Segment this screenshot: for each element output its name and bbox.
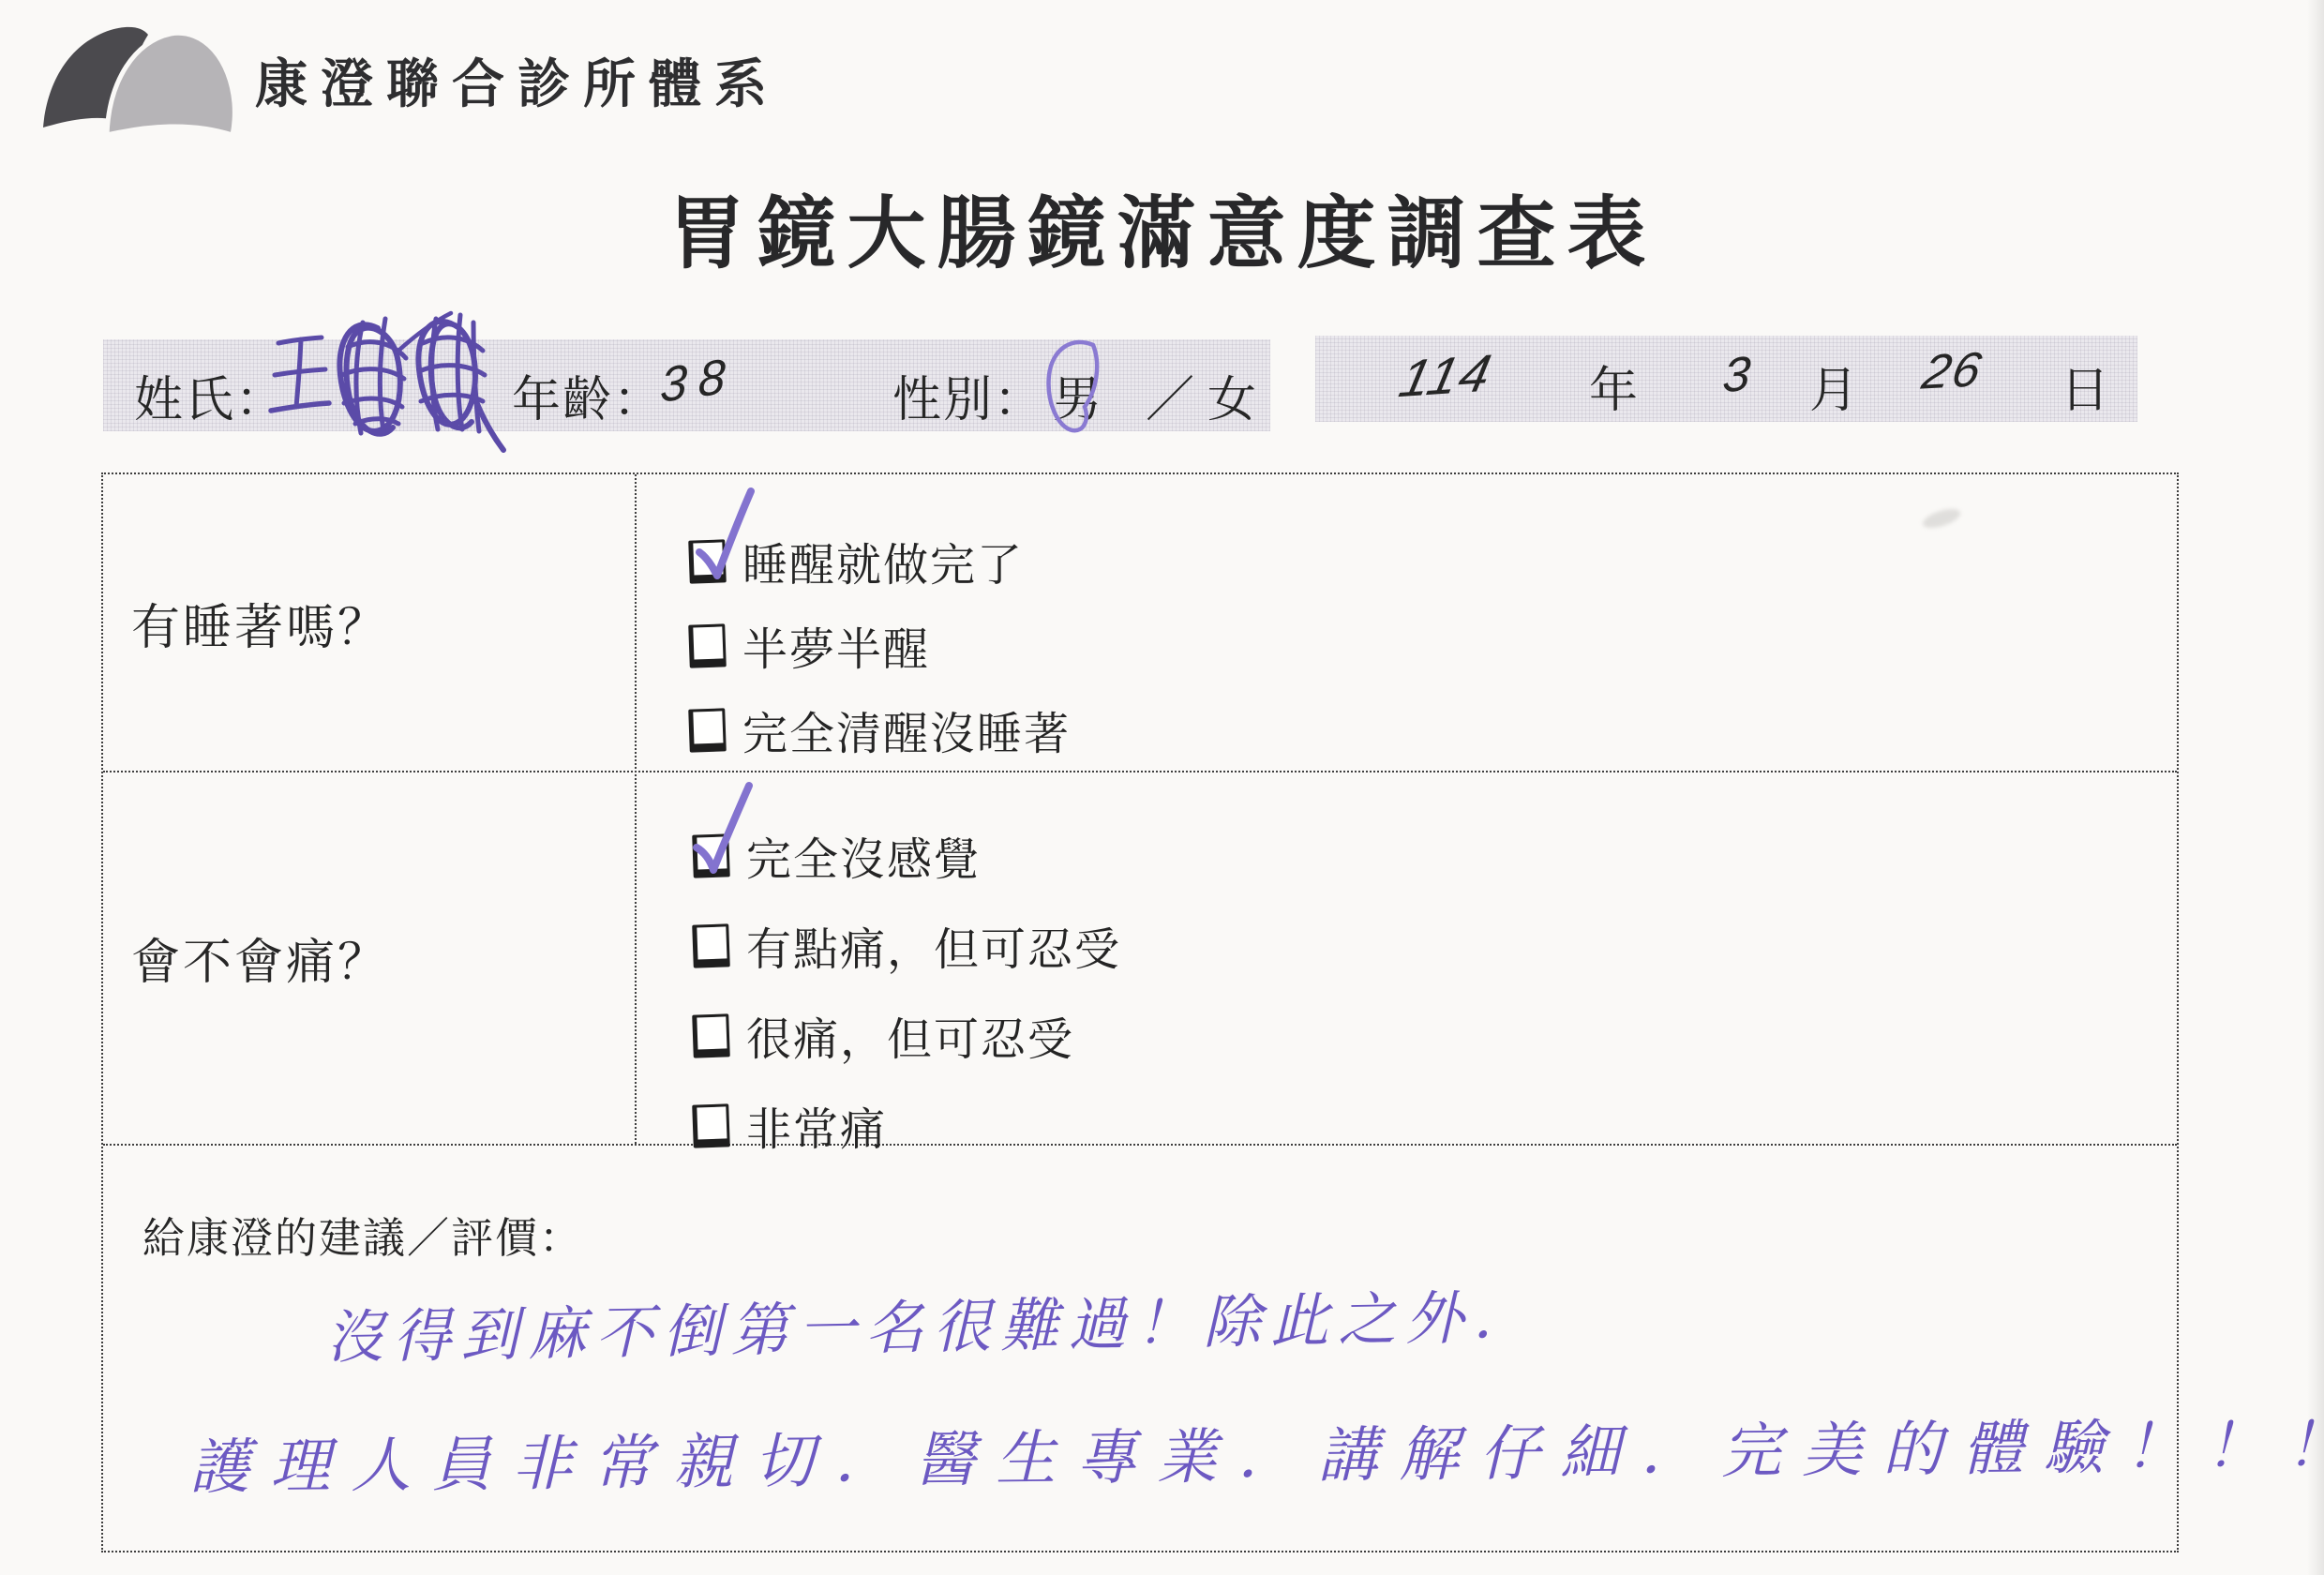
question-1-label: 有睡著嗎？ xyxy=(131,474,628,771)
option-row: 完全清醒沒睡著 xyxy=(689,697,1071,762)
date-day-value: 26 xyxy=(1918,341,1987,400)
question-1-options: 睡醒就做完了 半夢半醒 完全清醒沒睡著 xyxy=(689,529,1071,762)
option-label: 非常痛 xyxy=(746,1093,887,1158)
date-year-unit: 年 xyxy=(1589,351,1640,421)
date-year-value: 114 xyxy=(1394,342,1498,409)
patient-info-band: 姓氏： 年齡： 38 性別： 男 ／ 女 xyxy=(103,339,1270,431)
option-row: 有點痛，但可忍受 xyxy=(693,913,1121,978)
option-row: 非常痛 xyxy=(693,1093,1121,1158)
age-label: 年齡： xyxy=(512,360,664,430)
row-divider-2 xyxy=(103,1144,2177,1146)
date-day-unit: 日 xyxy=(2061,351,2111,421)
gender-label: 性別： xyxy=(892,360,1044,430)
clinic-logo-icon xyxy=(37,17,242,156)
option-label: 完全清醒沒睡著 xyxy=(742,697,1071,762)
option-row: 完全沒感覺 xyxy=(693,823,1121,888)
option-label: 半夢半醒 xyxy=(742,613,930,678)
checkbox-unchecked[interactable] xyxy=(692,1103,730,1147)
option-row: 很痛，但可忍受 xyxy=(693,1003,1121,1068)
clinic-name: 康澄聯合診所體系 xyxy=(255,43,780,118)
scanned-survey-form: 康澄聯合診所體系 胃鏡大腸鏡滿意度調查表 姓氏： 年齡： 38 性別： 男 ／ … xyxy=(0,0,2324,1575)
checkbox-unchecked[interactable] xyxy=(688,623,727,667)
question-2-options: 完全沒感覺 有點痛，但可忍受 很痛，但可忍受 非常痛 xyxy=(693,823,1121,1158)
checkbox-unchecked[interactable] xyxy=(692,1013,730,1057)
name-scribble xyxy=(258,309,511,464)
feedback-handwriting-line-2: 護理人員非常親切．醫生專業．講解仔細．完美的體驗！！！ xyxy=(189,1397,2324,1506)
scan-edge-shadow xyxy=(2307,0,2324,1575)
feedback-handwriting-line-1: 沒得到麻不倒第一名很難過！除此之外． xyxy=(324,1270,1540,1375)
date-month-unit: 月 xyxy=(1809,351,1860,421)
date-month-value: 3 xyxy=(1721,346,1755,405)
date-band: 114 年 3 月 26 日 xyxy=(1315,336,2137,422)
question-2-label: 會不會痛？ xyxy=(131,771,628,1144)
checkbox-checked[interactable] xyxy=(692,833,730,877)
gender-slash: ／ xyxy=(1146,360,1196,430)
form-title: 胃鏡大腸鏡滿意度調查表 xyxy=(0,171,2324,284)
column-divider xyxy=(635,474,637,1144)
option-label: 有點痛，但可忍受 xyxy=(746,913,1121,978)
checkbox-unchecked[interactable] xyxy=(692,923,730,967)
option-label: 完全沒感覺 xyxy=(746,823,981,888)
gender-option-female[interactable]: 女 xyxy=(1207,360,1258,430)
option-label: 很痛，但可忍受 xyxy=(746,1003,1074,1068)
option-row: 半夢半醒 xyxy=(689,613,1071,678)
checkbox-unchecked[interactable] xyxy=(688,708,727,752)
male-circled-mark xyxy=(1039,332,1125,441)
checkbox-checked[interactable] xyxy=(688,539,727,583)
option-row: 睡醒就做完了 xyxy=(689,529,1071,593)
survey-table: 有睡著嗎？ 睡醒就做完了 半夢半醒 完全清醒沒睡著 會不會痛？ xyxy=(101,472,2179,1552)
age-value-handwritten: 38 xyxy=(659,347,737,414)
feedback-label: 給康澄的建議／評價： xyxy=(142,1204,583,1265)
option-label: 睡醒就做完了 xyxy=(742,529,1024,593)
